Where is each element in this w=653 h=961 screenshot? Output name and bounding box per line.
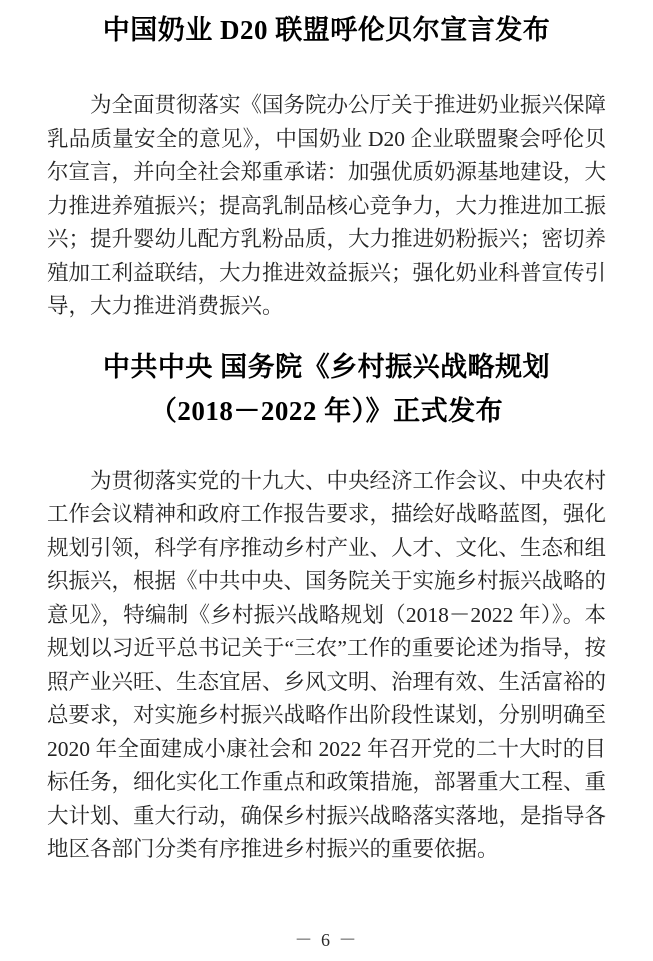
section-title-rural-revitalization: 中共中央 国务院《乡村振兴战略规划 （2018－2022 年）》正式发布 [0,345,653,433]
section-paragraph-dairy-d20: 为全面贯彻落实《国务院办公厅关于推进奶业振兴保障乳品质量安全的意见》，中国奶业 … [47,89,606,324]
section-paragraph-rural-revitalization: 为贯彻落实党的十九大、中央经济工作会议、中央农村工作会议精神和政府工作报告要求，… [47,465,606,867]
section-dairy-d20: 中国奶业 D20 联盟呼伦贝尔宣言发布 为全面贯彻落实《国务院办公厅关于推进奶业… [0,0,653,324]
document-page: 中国奶业 D20 联盟呼伦贝尔宣言发布 为全面贯彻落实《国务院办公厅关于推进奶业… [0,0,653,961]
section-title-line-1: 中共中央 国务院《乡村振兴战略规划 [0,345,653,389]
section-title-line-2: （2018－2022 年）》正式发布 [0,389,653,433]
section-title-dairy-d20: 中国奶业 D20 联盟呼伦贝尔宣言发布 [0,0,653,48]
section-rural-revitalization: 中共中央 国务院《乡村振兴战略规划 （2018－2022 年）》正式发布 为贯彻… [0,345,653,867]
page-number: － 6 － [0,930,653,950]
